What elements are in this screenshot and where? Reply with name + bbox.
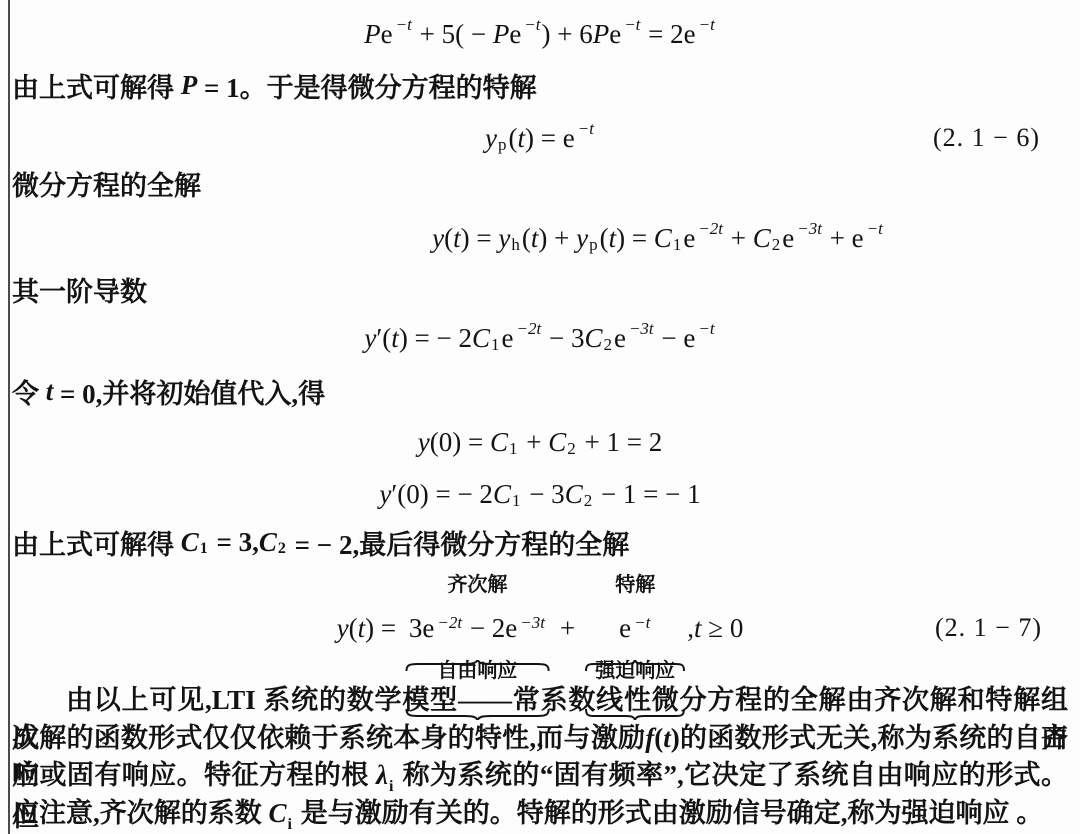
underbrace-icon: [585, 646, 685, 658]
particular-solution-label: 特解: [615, 572, 655, 598]
equation-number-2-1-6: (2. 1 − 6): [933, 116, 1040, 160]
homogeneous-solution-terms: 3e−2t − 2e−3t: [405, 610, 550, 646]
overbrace-icon: [585, 598, 685, 610]
equation-lead: y(t) =: [337, 610, 403, 646]
equation-particular-solution: yp(t) = e−t: [0, 116, 1080, 160]
text-first-derivative-label: 其一阶导数: [0, 272, 1080, 306]
underbrace-icon: [405, 646, 550, 658]
text-solve-p: 由上式可解得 P = 1。于是得微分方程的特解: [0, 68, 1080, 102]
free-response-label: 自由响应: [437, 658, 517, 684]
text-solve-constants: 由上式可解得 C1 = 3,C2 = − 2,最后得微分方程的全解: [0, 524, 1080, 560]
paragraph-line: 应或固有响应。特征方程的根 λi 称为系统的“固有频率”,它决定了系统自由响应的…: [0, 757, 1080, 795]
overbrace-icon: [405, 598, 550, 610]
paragraph-line: 次解的函数形式仅仅依赖于系统本身的特性,而与激励f(t)的函数形式无关,称为系统…: [0, 720, 1080, 758]
equation-row-2-1-6: yp(t) = e−t (2. 1 − 6): [0, 116, 1080, 160]
closing-paragraph: 由以上可见,LTI 系统的数学模型——常系数线性微分方程的全解由齐次解和特解组成…: [0, 682, 1080, 832]
equation-domain-condition: ,t ≥ 0: [687, 610, 743, 646]
equation-first-derivative: y′(t) = − 2C1e−2t − 3C2e−3t − e−t: [0, 316, 1080, 360]
forced-response-label: 强迫响应: [595, 658, 675, 684]
text-full-solution-label: 微分方程的全解: [0, 166, 1080, 200]
equation-number-2-1-7: (2. 1 − 7): [935, 613, 1042, 643]
equation-general-solution: y(t) = yh(t) + yp(t) = C1e−2t + C2e−3t +…: [0, 216, 1080, 260]
equation-final-solution: y(t) = 齐次解 3e−2t − 2e−3t 自由响应 + 特解: [0, 572, 1080, 684]
text-substitute-initial: 令 t = 0,并将初始值代入,得: [0, 374, 1080, 408]
homogeneous-solution-label: 齐次解: [447, 572, 507, 598]
equation-substituted: Pe−t + 5( − Pe−t) + 6Pe−t = 2e−t: [0, 12, 1080, 56]
equation-initial-y0: y(0) = C1 + C2 + 1 = 2: [0, 422, 1080, 462]
paragraph-line: 由以上可见,LTI 系统的数学模型——常系数线性微分方程的全解由齐次解和特解组成…: [0, 682, 1080, 720]
particular-solution-group: 特解 e−t 强迫响应: [585, 572, 685, 684]
paragraph-line: 应注意,齐次解的系数 Ci 是与激励有关的。特解的形式由激励信号确定,称为强迫响…: [0, 795, 1080, 833]
homogeneous-solution-group: 齐次解 3e−2t − 2e−3t 自由响应: [405, 572, 550, 684]
particular-solution-terms: e−t: [585, 610, 685, 646]
scanned-textbook-page: Pe−t + 5( − Pe−t) + 6Pe−t = 2e−t 由上式可解得 …: [0, 0, 1080, 834]
plus-sign: +: [560, 610, 575, 646]
equation-initial-yprime0: y′(0) = − 2C1 − 3C2 − 1 = − 1: [0, 472, 1080, 516]
